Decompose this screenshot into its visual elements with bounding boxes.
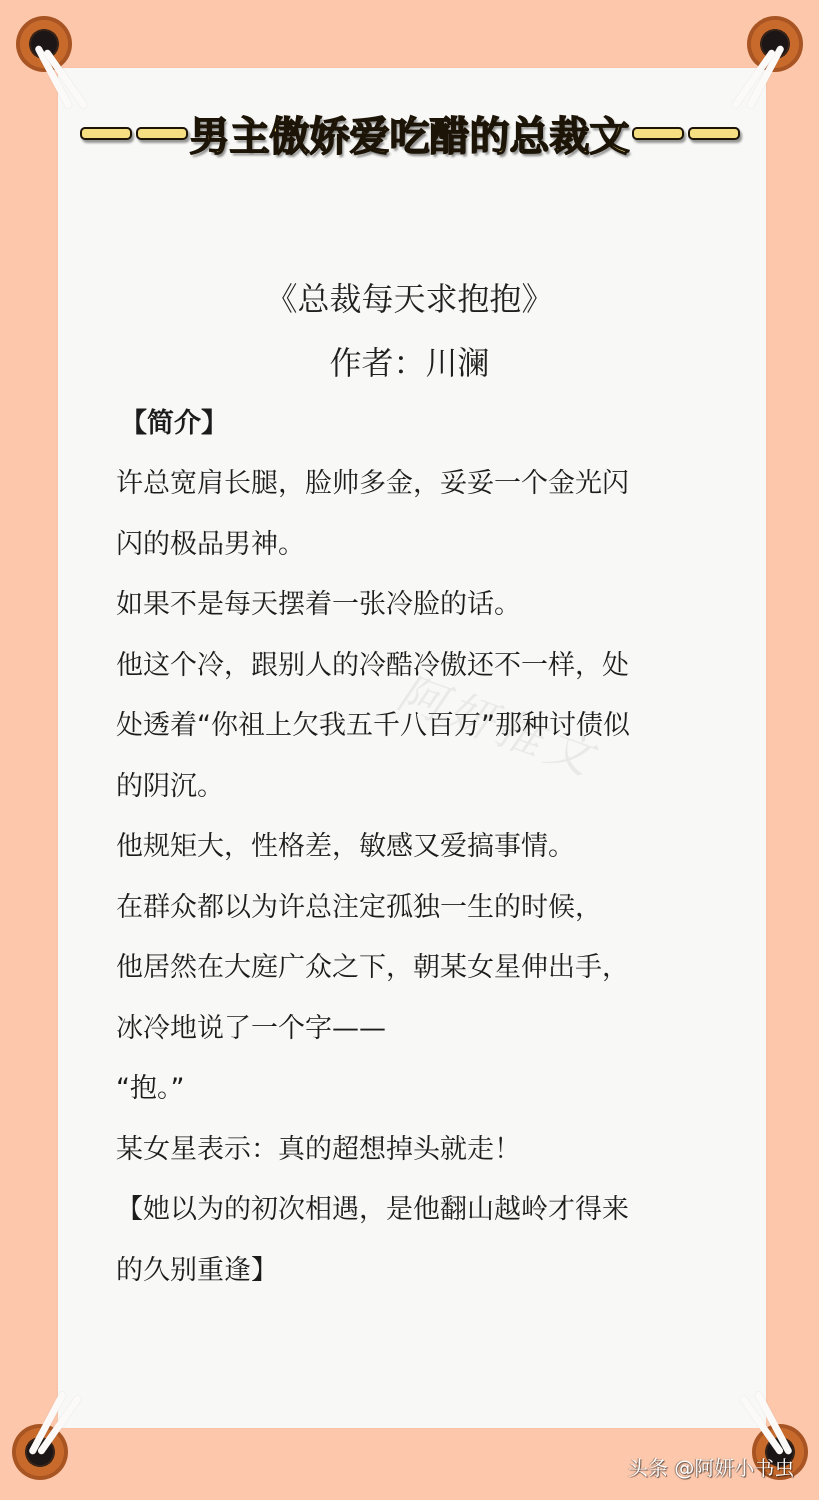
dash-left-2 bbox=[136, 127, 188, 140]
banner: 男主傲娇爱吃醋的总裁文 bbox=[0, 108, 819, 158]
intro-line: 处透着“你祖上欠我五千八百万”那种讨债似 bbox=[116, 696, 716, 757]
intro-line: 他这个冷，跟别人的冷酷冷傲还不一样，处 bbox=[116, 636, 716, 697]
author-credit: 头条 @阿妍小书虫 bbox=[628, 1452, 794, 1481]
intro-line: 的久别重逢】 bbox=[116, 1241, 716, 1302]
intro-line: 他规矩大，性格差，敏感又爱搞事情。 bbox=[116, 817, 716, 878]
intro-line: 如果不是每天摆着一张冷脸的话。 bbox=[116, 575, 716, 636]
dash-right-2 bbox=[688, 127, 740, 140]
intro-line: “抱。” bbox=[116, 1059, 716, 1120]
intro-line: 他居然在大庭广众之下，朝某女星伸出手， bbox=[116, 938, 716, 999]
banner-title: 男主傲娇爱吃醋的总裁文 bbox=[190, 105, 630, 162]
intro-line: 闪的极品男神。 bbox=[116, 515, 716, 576]
book-title: 《总裁每天求抱抱》 bbox=[0, 274, 819, 320]
intro-heading: 【简介】 bbox=[120, 404, 716, 444]
intro-section: 【简介】 许总宽肩长腿，脸帅多金，妥妥一个金光闪 闪的极品男神。 如果不是每天摆… bbox=[116, 404, 716, 1301]
dash-right-1 bbox=[632, 127, 684, 140]
intro-line: 的阴沉。 bbox=[116, 757, 716, 818]
intro-line: 在群众都以为许总注定孤独一生的时候， bbox=[116, 878, 716, 939]
intro-line: 某女星表示：真的超想掉头就走！ bbox=[116, 1120, 716, 1181]
intro-line: 【她以为的初次相遇，是他翻山越岭才得来 bbox=[116, 1180, 716, 1241]
intro-line: 许总宽肩长腿，脸帅多金，妥妥一个金光闪 bbox=[116, 454, 716, 515]
dash-left-1 bbox=[80, 127, 132, 140]
book-author: 作者：川澜 bbox=[0, 338, 819, 384]
intro-line: 冰冷地说了一个字—— bbox=[116, 999, 716, 1060]
